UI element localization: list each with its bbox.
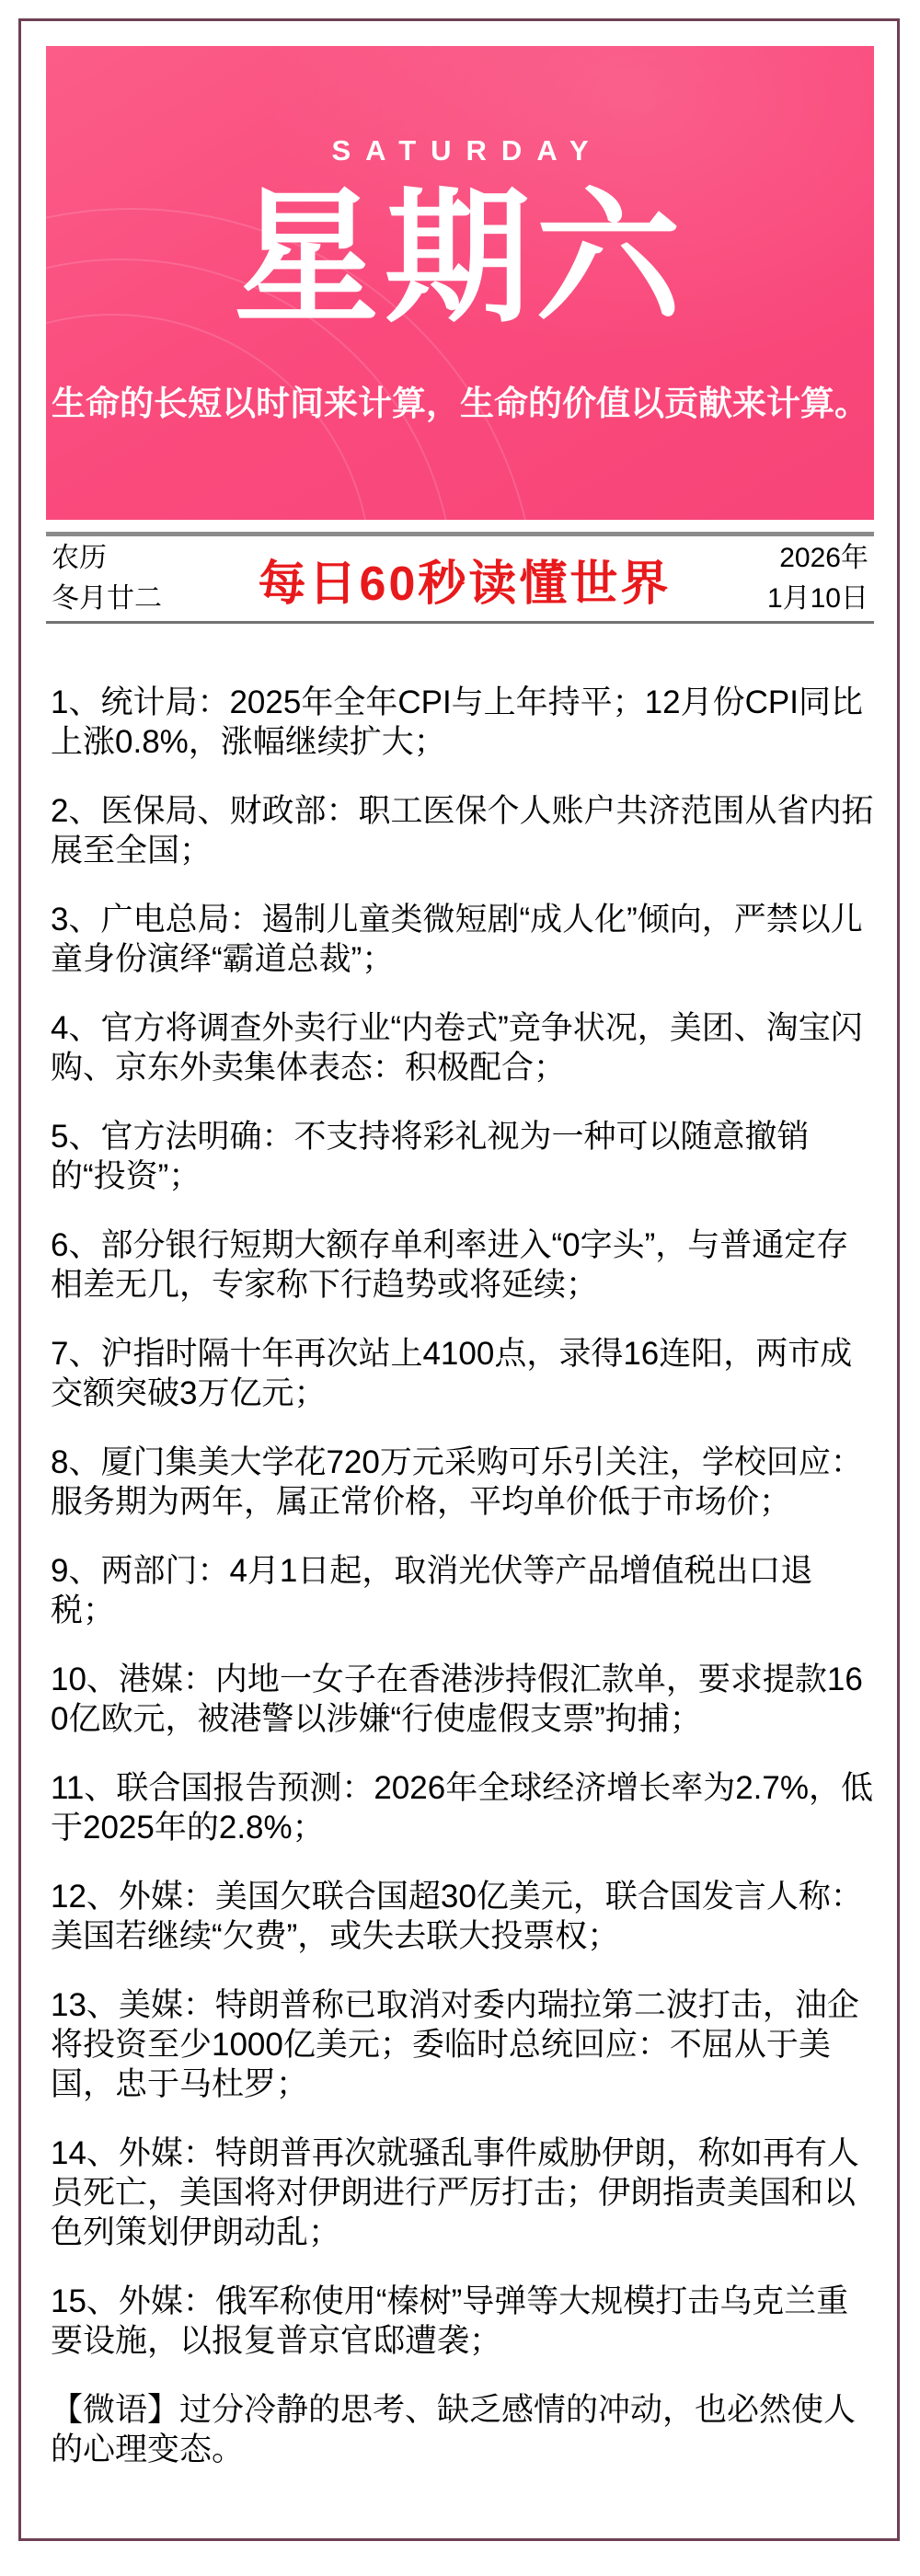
divider-bottom	[46, 621, 874, 624]
dateline-strip: 农历 冬月廿二 每日60秒读懂世界 2026年 1月10日	[46, 532, 874, 624]
daily-news-poster: SATURDAY 星期六 生命的长短以时间来计算，生命的价值以贡献来计算。 农历…	[0, 0, 920, 2576]
news-item: 2、医保局、财政部：职工医保个人账户共济范围从省内拓展至全国；	[51, 791, 874, 870]
news-item: 6、部分银行短期大额存单利率进入“0字头”，与普通定存相差无几，专家称下行趋势或…	[51, 1225, 874, 1305]
news-item: 3、广电总局：遏制儿童类微短剧“成人化”倾向，严禁以儿童身份演绎“霸道总裁”；	[51, 900, 874, 979]
lunar-date-column: 农历 冬月廿二	[52, 538, 162, 619]
weekday-zh-label: 星期六	[46, 180, 874, 337]
year-label: 2026年	[767, 538, 868, 579]
news-item: 14、外媒：特朗普再次就骚乱事件威胁伊朗，称如再有人员死亡，美国将对伊朗进行严厉…	[51, 2133, 874, 2252]
gregorian-date-column: 2026年 1月10日	[767, 538, 868, 619]
weekday-banner: SATURDAY 星期六 生命的长短以时间来计算，生命的价值以贡献来计算。	[46, 46, 874, 520]
news-item: 4、官方将调查外卖行业“内卷式”竞争状况，美团、淘宝闪购、京东外卖集体表态：积极…	[51, 1008, 874, 1087]
daily-title: 每日60秒读懂世界	[259, 545, 672, 614]
lunar-date: 冬月廿二	[52, 579, 162, 619]
news-item: 7、沪指时隔十年再次站上4100点，录得16连阳，两市成交额突破3万亿元；	[51, 1334, 874, 1413]
news-list: 1、统计局：2025年全年CPI与上年持平；12月份CPI同比上涨0.8%，涨幅…	[51, 683, 874, 2469]
news-item: 9、两部门：4月1日起，取消光伏等产品增值税出口退税；	[51, 1551, 874, 1630]
weiyu-note: 【微语】过分冷静的思考、缺乏感情的冲动，也必然使人的心理变态。	[51, 2390, 874, 2469]
news-item: 12、外媒：美国欠联合国超30亿美元，联合国发言人称：美国若继续“欠费”，或失去…	[51, 1877, 874, 1956]
news-item: 10、港媒：内地一女子在香港涉持假汇款单，要求提款160亿欧元，被港警以涉嫌“行…	[51, 1660, 874, 1739]
weekday-en-label: SATURDAY	[46, 134, 874, 167]
banner-quote: 生命的长短以时间来计算，生命的价值以贡献来计算。	[46, 375, 874, 425]
news-item: 11、联合国报告预测：2026年全球经济增长率为2.7%，低于2025年的2.8…	[51, 1768, 874, 1847]
date-row: 农历 冬月廿二 每日60秒读懂世界 2026年 1月10日	[46, 536, 874, 621]
date-label: 1月10日	[767, 579, 868, 619]
news-item: 8、厦门集美大学花720万元采购可乐引关注，学校回应：服务期为两年，属正常价格，…	[51, 1443, 874, 1522]
news-item: 15、外媒：俄军称使用“榛树”导弹等大规模打击乌克兰重要设施，以报复普京官邸遭袭…	[51, 2282, 874, 2361]
news-item: 13、美媒：特朗普称已取消对委内瑞拉第二波打击，油企将投资至少1000亿美元；委…	[51, 1985, 874, 2104]
news-item: 1、统计局：2025年全年CPI与上年持平；12月份CPI同比上涨0.8%，涨幅…	[51, 683, 874, 762]
news-item: 5、官方法明确：不支持将彩礼视为一种可以随意撤销的“投资”；	[51, 1117, 874, 1196]
lunar-label: 农历	[52, 538, 162, 579]
